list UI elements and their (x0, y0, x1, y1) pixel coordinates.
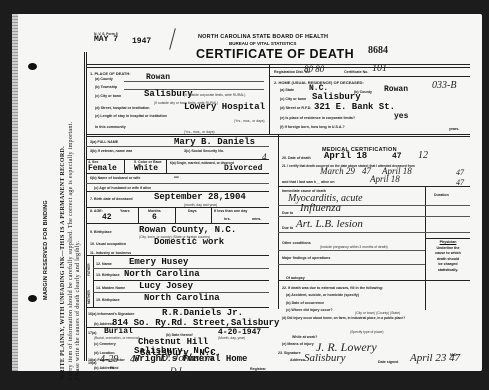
death-hour: 12 (418, 150, 428, 161)
place-hint: (Specify type of place) (350, 330, 384, 334)
due2-label: Due to (282, 226, 293, 230)
physician-signature-label: 23. Signature (278, 351, 301, 355)
work-label: While at work? (292, 335, 317, 339)
physician-address: Salisbury (304, 352, 346, 364)
means-label: (e) Means of injury (282, 342, 314, 346)
registrar-signature: D. Johnston (160, 352, 213, 364)
death-year: 47 (392, 152, 402, 161)
last-alive-value: April 18 (370, 174, 400, 184)
duration-label: Duration (434, 193, 449, 197)
findings-label: Major findings of operations (282, 256, 330, 260)
attended-from: March 29 (320, 166, 355, 176)
attended-to-year: 47 (456, 168, 464, 177)
physician-instructions: Physician Underline the cause to which d… (426, 240, 470, 273)
place-label: (d) Did injury occur about home, on farm… (282, 316, 405, 320)
date-signed-label: Date signed (378, 360, 398, 364)
registrar-label: Registrar (250, 367, 266, 371)
other-conditions-label: Other conditions (282, 241, 311, 245)
where-label: (c) Where did injury occur? (286, 308, 333, 312)
where-hint: (City or town) (County) (State) (355, 311, 400, 315)
death-date-value: April 18 (324, 151, 367, 161)
accident-label: (a) Accident, suicide, or homicide (spec… (286, 293, 359, 297)
physician-address-label: Address (290, 358, 304, 362)
medical-section: MEDICAL CERTIFICATION 20. Date of death … (0, 0, 489, 390)
other-conditions-hint: (Include pregnancy within 3 months of de… (320, 245, 388, 249)
death-date-label: 20. Date of death (282, 156, 311, 160)
date-signed-value: April 23 47 (410, 352, 460, 364)
due1-value: Influenza (300, 202, 341, 214)
external-label: 22. If death was due to external causes,… (282, 286, 383, 290)
occurrence-label: (b) Date of occurrence (286, 301, 324, 305)
due2-value: Art. L.B. lesion (296, 218, 363, 230)
filed-hint: Filed (110, 366, 118, 370)
registrar-initials: D.L. (170, 366, 186, 376)
last-alive-label: and that I last saw h__ alive on (282, 180, 335, 184)
filed-value: 4-29 (100, 354, 118, 365)
filed-year: 47 (130, 354, 140, 365)
due1-label: Due to (282, 211, 293, 215)
filed-label: 19(a) (88, 361, 96, 365)
